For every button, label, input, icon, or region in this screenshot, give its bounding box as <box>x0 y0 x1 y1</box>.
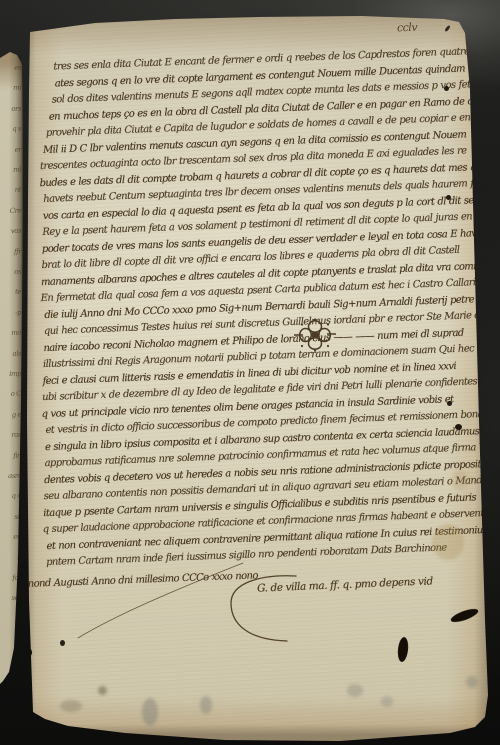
previous-page-text-fragment: q o <box>0 492 21 501</box>
previous-page-text-fragment: er <box>0 145 21 154</box>
stain <box>466 676 478 688</box>
previous-page-text-fragment: -p <box>0 308 21 317</box>
previous-page-text-fragment: vas <box>0 227 21 236</box>
previous-page-text-fragment: ras <box>0 431 21 440</box>
previous-page-text-fragment: b <box>0 553 21 562</box>
ink-spot <box>444 86 449 91</box>
previous-page-text-fragment: os <box>0 635 21 644</box>
previous-page-text-fragment: q s <box>0 125 21 134</box>
previous-page-text-fragment: rs <box>0 655 21 664</box>
previous-page-text-fragment: g e <box>0 410 21 419</box>
previous-page-text-fragment: mo <box>0 329 21 338</box>
manuscript-text-block: tres ses enla dita Ciutat E encant de fe… <box>40 44 491 591</box>
previous-page-text-fragment: imp <box>0 370 21 379</box>
previous-page-text-fragment: es <box>0 64 21 73</box>
stain <box>381 696 393 707</box>
ink-spot <box>455 424 462 430</box>
notary-signum-knot-icon <box>294 318 336 352</box>
previous-page-text-fragment: o C <box>0 390 21 399</box>
stain <box>200 696 212 714</box>
previous-page-text-fragment: so <box>0 512 21 521</box>
stain <box>432 524 464 560</box>
stain <box>452 470 468 490</box>
stain <box>98 686 107 695</box>
manuscript-page: cclv tres ses enla dita Ciutat E encant … <box>0 0 500 745</box>
ink-spot <box>446 195 451 200</box>
signature-flourish <box>50 550 470 650</box>
previous-page-text-fragment: fe <box>0 614 21 623</box>
previous-page-text-fragment: asm <box>0 472 21 481</box>
folio-number: cclv <box>397 22 417 35</box>
manuscript-photo: esmiorsq sermlntCrevasffroste-pmoalsimpo… <box>0 0 500 745</box>
previous-page-text-fragment: fin <box>0 451 21 460</box>
previous-page-text-fragment: mi <box>0 84 21 93</box>
previous-page-text-fragment: nt <box>0 186 21 195</box>
previous-page-text-fragment: for <box>0 574 21 583</box>
previous-page-text-fragment: en <box>0 533 21 542</box>
previous-page-text-fragment: ffr <box>0 247 21 256</box>
ink-spot <box>444 25 451 32</box>
ink-spot <box>447 401 452 406</box>
previous-page-text-fragment: os <box>0 268 21 277</box>
previous-page-text-fragment: ml <box>0 166 21 175</box>
previous-page-text-fragment: te <box>0 288 21 297</box>
previous-page-text-fragment: als <box>0 349 21 358</box>
ink-spot <box>25 648 32 657</box>
stain <box>142 698 158 726</box>
previous-page-text-fragment: ors <box>0 104 21 113</box>
previous-page-text-fragment: Cre <box>0 206 21 215</box>
stain <box>347 684 363 697</box>
ink-spot <box>60 640 65 646</box>
previous-page-text-fragment: ser <box>0 594 21 603</box>
stain <box>60 700 82 712</box>
